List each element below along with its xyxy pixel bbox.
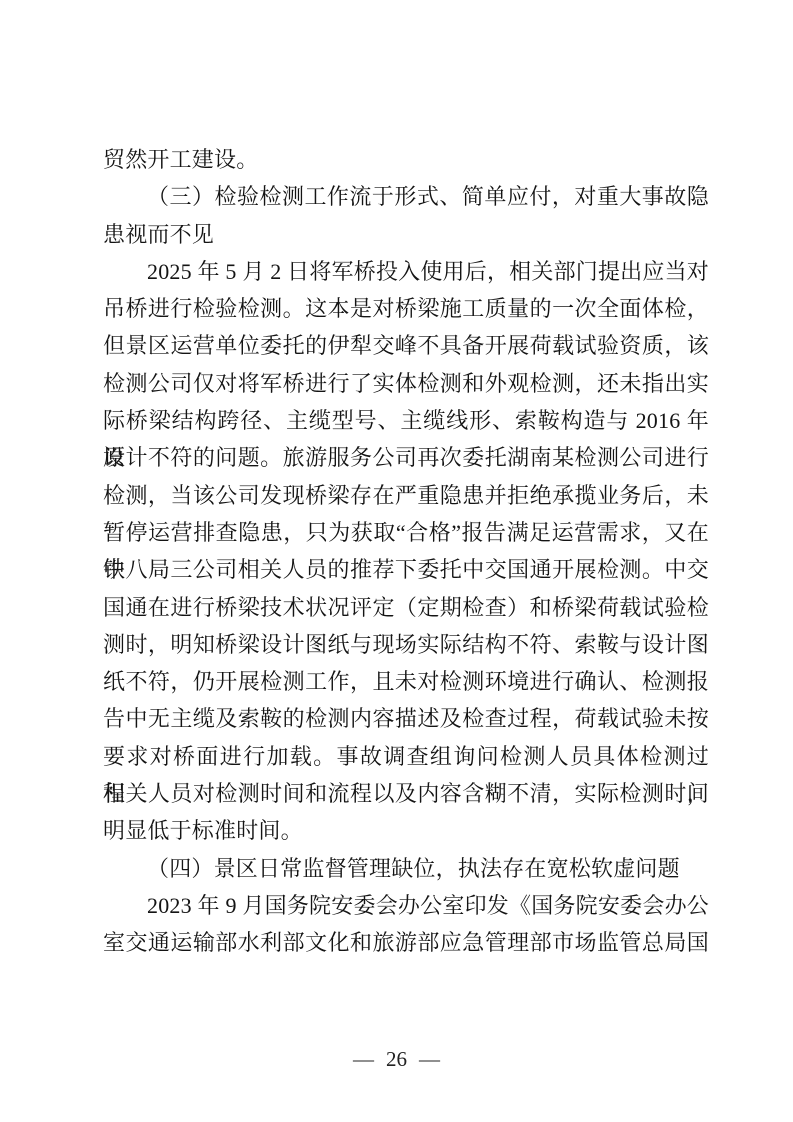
page-footer: —26— (0, 1047, 793, 1072)
page-number: 26 (386, 1047, 407, 1071)
text-line: 检测公司仅对将军桥进行了实体检测和外观检测，还未指出实 (103, 365, 709, 402)
text-line: 暂停运营排查隐患，只为获取“合格”报告满足运营需求，又在中 (103, 514, 709, 551)
text-line: 国通在进行桥梁技术状况评定（定期检查）和桥梁荷载试验检 (103, 589, 709, 626)
text-line: 要求对桥面进行加载。事故调查组询问检测人员具体检测过程， (103, 738, 709, 775)
text-line: 明显低于标准时间。 (103, 812, 709, 849)
text-line: 贸然开工建设。 (103, 141, 709, 178)
text-line: 但景区运营单位委托的伊犁交峰不具备开展荷载试验资质，该 (103, 327, 709, 364)
footer-dash-right: — (419, 1047, 440, 1071)
text-line: 室交通运输部水利部文化和旅游部应急管理部市场监管总局国 (103, 924, 709, 961)
text-line: 检测，当该公司发现桥梁存在严重隐患并拒绝承揽业务后，未 (103, 477, 709, 514)
text-line: 测时，明知桥梁设计图纸与现场实际结构不符、索鞍与设计图 (103, 626, 709, 663)
text-line: 纸不符，仍开展检测工作，且未对检测环境进行确认、检测报 (103, 663, 709, 700)
text-line: 告中无主缆及索鞍的检测内容描述及检查过程，荷载试验未按 (103, 700, 709, 737)
document-page: 贸然开工建设。（三）检验检测工作流于形式、简单应付，对重大事故隐患视而不见202… (0, 0, 793, 1122)
text-line: 2025 年 5 月 2 日将军桥投入使用后，相关部门提出应当对 (103, 253, 709, 290)
text-line: 际桥梁结构跨径、主缆型号、主缆线形、索鞍构造与 2016 年原 (103, 402, 709, 439)
document-body: 贸然开工建设。（三）检验检测工作流于形式、简单应付，对重大事故隐患视而不见202… (103, 141, 709, 962)
text-line: 设计不符的问题。旅游服务公司再次委托湖南某检测公司进行 (103, 439, 709, 476)
section-heading-line: 患视而不见 (103, 216, 709, 253)
footer-dash-left: — (353, 1047, 374, 1071)
section-heading-line: （四）景区日常监督管理缺位，执法存在宽松软虚问题 (103, 850, 709, 887)
section-heading-line: （三）检验检测工作流于形式、简单应付，对重大事故隐 (103, 178, 709, 215)
text-line: 铁八局三公司相关人员的推荐下委托中交国通开展检测。中交 (103, 551, 709, 588)
text-line: 吊桥进行检验检测。这本是对桥梁施工质量的一次全面体检， (103, 290, 709, 327)
text-line: 相关人员对检测时间和流程以及内容含糊不清，实际检测时间 (103, 775, 709, 812)
text-line: 2023 年 9 月国务院安委会办公室印发《国务院安委会办公 (103, 887, 709, 924)
